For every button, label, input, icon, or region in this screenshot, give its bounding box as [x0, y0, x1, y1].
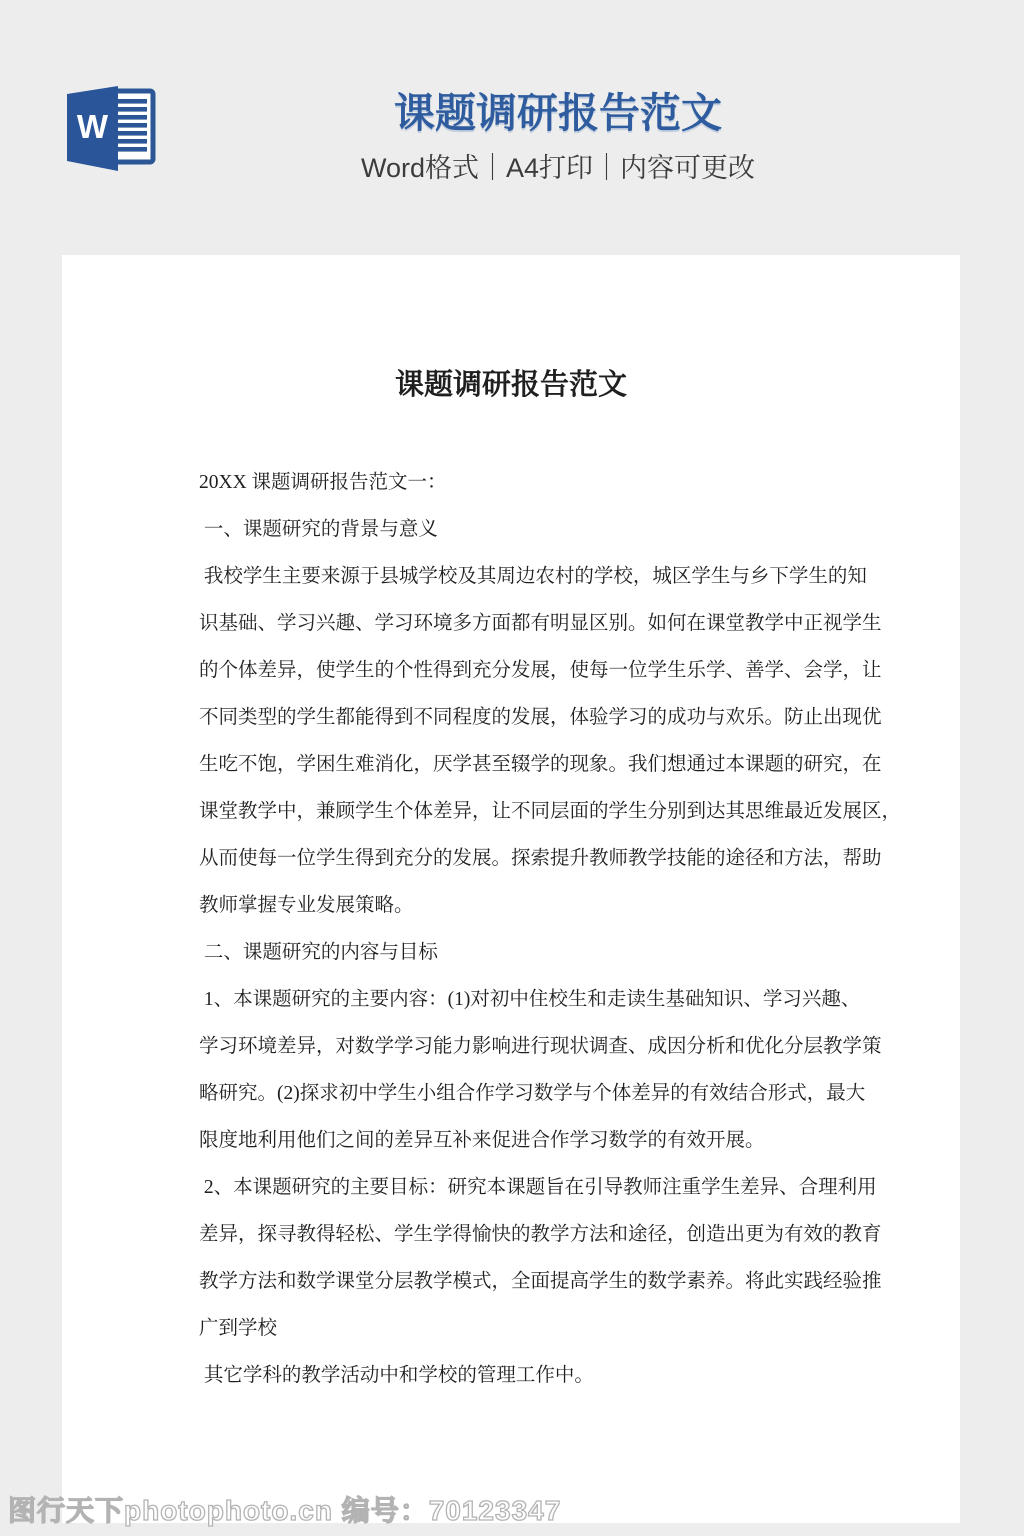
document-title: 课题调研报告范文: [62, 362, 960, 403]
document-text-line: 我校学生主要来源于县城学校及其周边农村的学校，城区学生与乡下学生的知: [199, 553, 960, 600]
document-text-line: 生吃不饱，学困生难消化，厌学甚至辍学的现象。我们想通过本课题的研究，在: [199, 741, 960, 788]
document-text-line: 其它学科的教学活动中和学校的管理工作中。: [199, 1352, 960, 1399]
document-text-line: 从而使每一位学生得到充分的发展。探索提升教师教学技能的途径和方法，帮助: [199, 835, 960, 882]
header-title: 课题调研报告范文: [156, 92, 960, 135]
header-subtitle: Word格式｜A4打印｜内容可更改: [156, 154, 960, 184]
document-text-line: 课堂教学中，兼顾学生个体差异，让不同层面的学生分别到达其思维最近发展区，: [199, 788, 960, 835]
document-text-line: 略研究。(2)探求初中学生小组合作学习数学与个体差异的有效结合形式，最大: [199, 1070, 960, 1117]
header-text-block: 课题调研报告范文 Word格式｜A4打印｜内容可更改: [156, 92, 960, 184]
document-text-line: 的个体差异，使学生的个性得到充分发展，使每一位学生乐学、善学、会学，让: [199, 647, 960, 694]
document-text-line: 1、本课题研究的主要内容：(1)对初中住校生和走读生基础知识、学习兴趣、: [199, 976, 960, 1023]
document-text-line: 广到学校: [199, 1305, 960, 1352]
document-page: 课题调研报告范文 20XX 课题调研报告范文一： 一、课题研究的背景与意义 我校…: [62, 255, 960, 1523]
document-text-line: 20XX 课题调研报告范文一：: [199, 459, 960, 506]
word-icon-letter: W: [77, 108, 109, 145]
document-text-line: 2、本课题研究的主要目标：研究本课题旨在引导教师注重学生差异、合理利用: [199, 1164, 960, 1211]
document-text-line: 识基础、学习兴趣、学习环境多方面都有明显区别。如何在课堂教学中正视学生: [199, 600, 960, 647]
watermark-text: 图行天下photophoto.cn 编号：70123347: [8, 1489, 561, 1529]
document-body: 20XX 课题调研报告范文一： 一、课题研究的背景与意义 我校学生主要来源于县城…: [199, 459, 960, 1399]
document-text-line: 学习环境差异，对数学学习能力影响进行现状调查、成因分析和优化分层教学策: [199, 1023, 960, 1070]
document-text-line: 不同类型的学生都能得到不同程度的发展，体验学习的成功与欢乐。防止出现优: [199, 694, 960, 741]
document-text-line: 限度地利用他们之间的差异互补来促进合作学习数学的有效开展。: [199, 1117, 960, 1164]
template-preview-page: W 课题调研报告范文 Word格式｜A4打印｜内容可更改 课题调研报告范文 20…: [0, 0, 1024, 1536]
word-icon: W: [62, 85, 158, 173]
document-text-line: 一、课题研究的背景与意义: [199, 506, 960, 553]
document-text-line: 教师掌握专业发展策略。: [199, 882, 960, 929]
document-text-line: 二、课题研究的内容与目标: [199, 929, 960, 976]
document-text-line: 教学方法和数学课堂分层教学模式，全面提高学生的数学素养。将此实践经验推: [199, 1258, 960, 1305]
document-text-line: 差异，探寻教得轻松、学生学得愉快的教学方法和途径，创造出更为有效的教育: [199, 1211, 960, 1258]
